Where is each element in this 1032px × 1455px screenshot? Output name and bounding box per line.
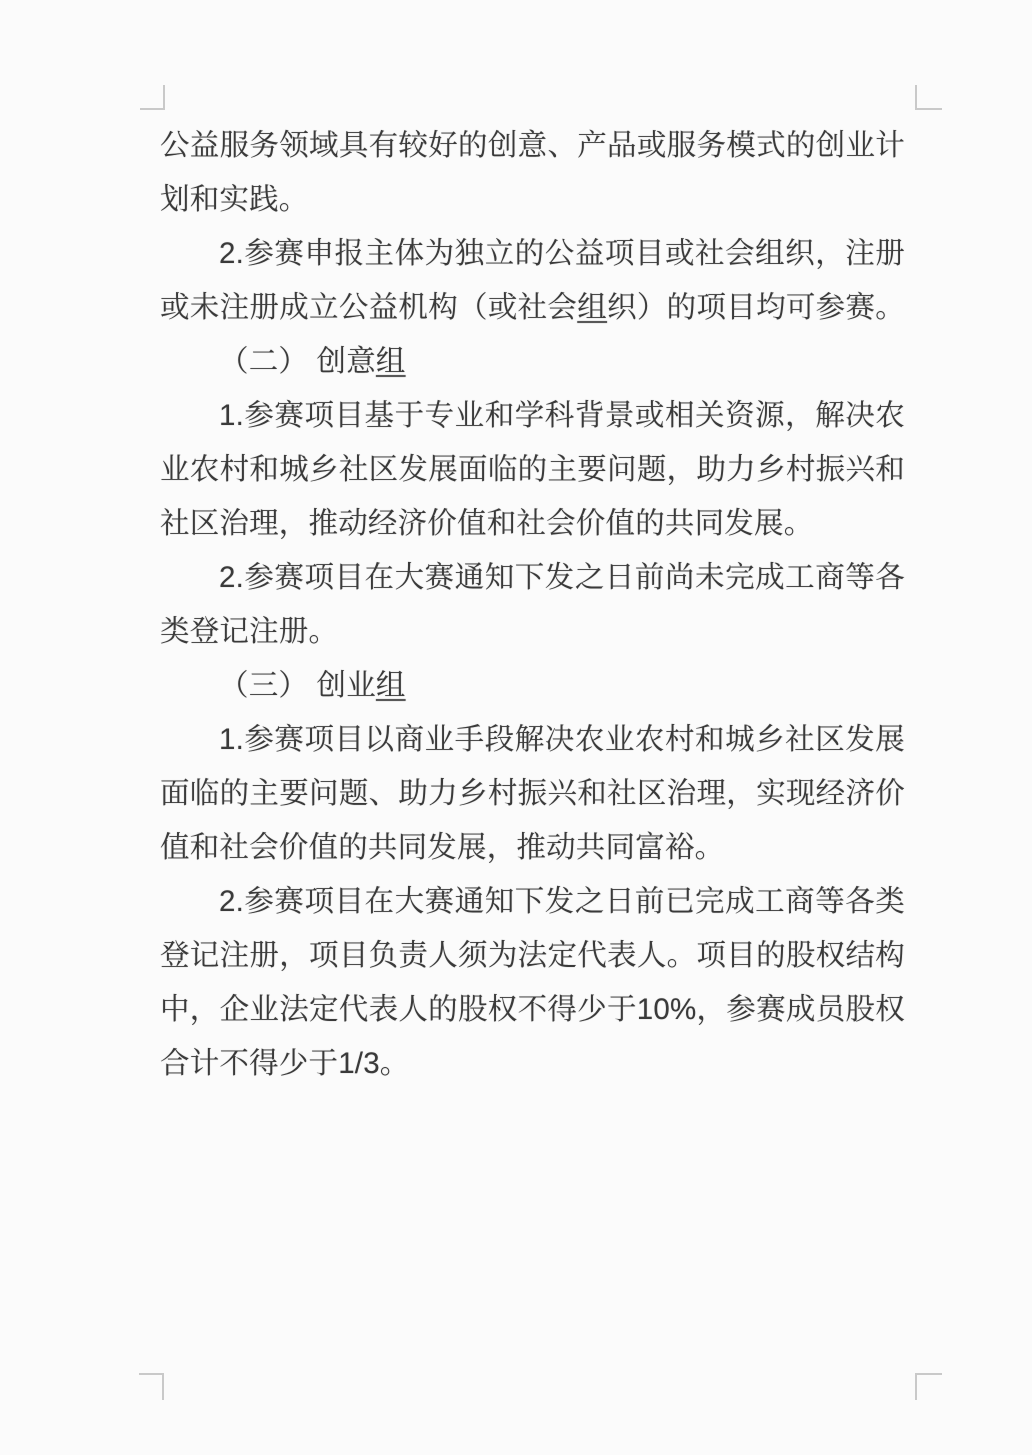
text-line: 合计不得少于1/3。 bbox=[160, 1037, 905, 1091]
text-line: 面临的主要问题、助力乡村振兴和社区治理，实现经济价 bbox=[160, 767, 905, 821]
text-line: 登记注册，项目负责人须为法定代表人。项目的股权结构 bbox=[160, 929, 905, 983]
text-line: 2.参赛申报主体为独立的公益项目或社会组织，注册 bbox=[160, 227, 905, 281]
crop-mark-top-left bbox=[140, 85, 165, 110]
crop-mark-bottom-left bbox=[139, 1373, 164, 1400]
text-line: 类登记注册。 bbox=[160, 605, 905, 659]
text-line: 业农村和城乡社区发展面临的主要问题，助力乡村振兴和 bbox=[160, 443, 905, 497]
text-line: （二） 创意组 bbox=[160, 335, 905, 389]
text-line: 2.参赛项目在大赛通知下发之日前尚未完成工商等各 bbox=[160, 551, 905, 605]
text-line: 或未注册成立公益机构（或社会组织）的项目均可参赛。 bbox=[160, 281, 905, 335]
underlined-char: 组 bbox=[577, 291, 607, 324]
underlined-char: 组 bbox=[376, 669, 406, 702]
document-body: 公益服务领域具有较好的创意、产品或服务模式的创业计划和实践。2.参赛申报主体为独… bbox=[160, 119, 905, 1091]
underlined-char: 组 bbox=[376, 345, 406, 378]
document-page: { "page": { "background_color": "#fbfbfb… bbox=[0, 0, 1032, 1455]
text-line: 公益服务领域具有较好的创意、产品或服务模式的创业计 bbox=[160, 119, 905, 173]
crop-mark-top-right bbox=[915, 85, 942, 110]
text-line: 社区治理，推动经济价值和社会价值的共同发展。 bbox=[160, 497, 905, 551]
text-line: 中，企业法定代表人的股权不得少于10%，参赛成员股权 bbox=[160, 983, 905, 1037]
text-line: 1.参赛项目以商业手段解决农业农村和城乡社区发展 bbox=[160, 713, 905, 767]
text-line: （三） 创业组 bbox=[160, 659, 905, 713]
text-line: 划和实践。 bbox=[160, 173, 905, 227]
text-line: 1.参赛项目基于专业和学科背景或相关资源，解决农 bbox=[160, 389, 905, 443]
text-line: 2.参赛项目在大赛通知下发之日前已完成工商等各类 bbox=[160, 875, 905, 929]
text-line: 值和社会价值的共同发展，推动共同富裕。 bbox=[160, 821, 905, 875]
crop-mark-bottom-right bbox=[915, 1373, 942, 1400]
